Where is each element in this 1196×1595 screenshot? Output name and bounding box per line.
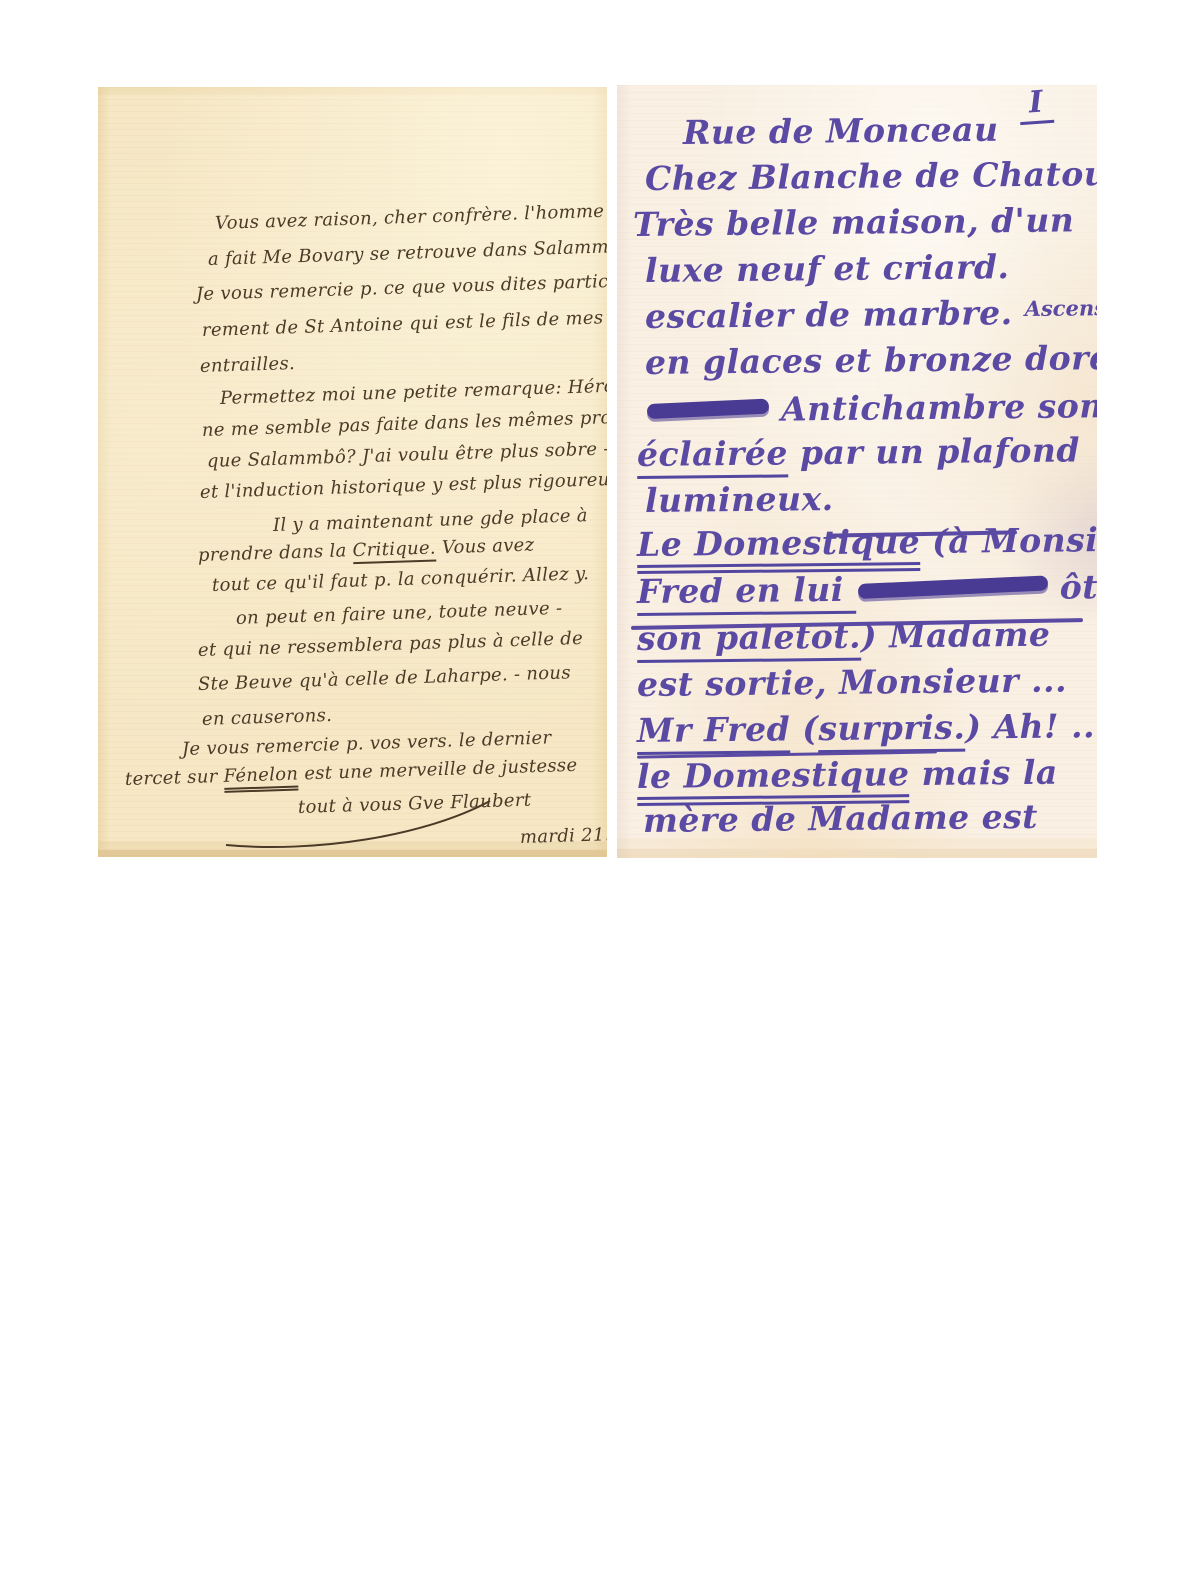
line-text: Vous avez raison, cher confrère. l'homme… (215, 200, 607, 234)
line-text: ) Madame (861, 615, 1051, 656)
date-text: mardi 21. (520, 824, 607, 848)
manuscript-line: et l'induction historique y est plus rig… (200, 468, 607, 503)
underlined-word: Critique. (352, 538, 436, 565)
line-text: mais la (909, 753, 1058, 794)
manuscript-line: ne me semble pas faite dans les mêmes pr… (202, 405, 607, 441)
manuscript-line: entrailles. (200, 353, 296, 377)
date-line: mardi 21. (520, 824, 607, 848)
line-text: prendre dans la (198, 540, 353, 566)
manuscript-line: le Domestique mais la (637, 753, 1058, 796)
line-text: Rue de Monceau (683, 110, 999, 152)
line-text: tout ce qu'il faut p. la conquérir. Alle… (212, 563, 590, 596)
manuscript-line: a fait Me Bovary se retrouve dans Salamm… (208, 236, 607, 270)
manuscript-line: luxe neuf et criard. (645, 247, 1010, 290)
manuscript-line: Ste Beuve qu'à celle de Laharpe. - nous (198, 662, 571, 695)
line-text: ôtant (1060, 567, 1097, 607)
manuscript-line: éclairée par un plafond (637, 430, 1080, 474)
manuscript-line: est sortie, Monsieur ... (637, 660, 1067, 704)
manuscript-line: rement de St Antoine qui est le fils de … (202, 307, 604, 341)
line-text: que Salammbô? J'ai voulu être plus sobre… (207, 438, 607, 472)
manuscript-line: tercet sur Fénelon est une merveille de … (125, 755, 578, 790)
line-text: ) Ah! ... (965, 706, 1097, 746)
line-text: ne me semble pas faite dans les mêmes pr… (202, 405, 607, 441)
crossed-out-word (858, 575, 1048, 599)
manuscript-line: Fred en lui ôtant (637, 567, 1097, 611)
line-text: mère de Madame est (643, 797, 1038, 840)
manuscript-line: escalier de marbre. Ascenseur (645, 292, 1097, 336)
manuscript-line: Vous avez raison, cher confrère. l'homme… (215, 200, 607, 234)
line-text: ( (790, 709, 819, 748)
line-text: et qui ne ressemblera pas plus à celle d… (198, 628, 584, 661)
underlined-word: surpris. (818, 708, 965, 754)
line-text: Il y a maintenant une gde place à (273, 505, 588, 536)
line-text: (à Monsieur (920, 520, 1097, 562)
line-text: Je vous remercie p. ce que vous dites pa… (196, 270, 607, 305)
manuscript-line: Chez Blanche de Chatou (645, 154, 1097, 198)
line-text: et l'induction historique y est plus rig… (200, 468, 607, 503)
manuscript-line: on peut en faire une, toute neuve - (236, 598, 563, 629)
manuscript-line: Très belle maison, d'un (633, 200, 1075, 244)
right-draft-page: I Rue de Monceau Chez Blanche de Chatou … (617, 85, 1097, 858)
manuscript-line: lumineux. (645, 479, 834, 520)
underlined-word: éclairée (637, 433, 788, 479)
manuscript-line: en causerons. (202, 705, 333, 730)
manuscript-line: que Salammbô? J'ai voulu être plus sobre… (207, 438, 607, 472)
left-letter-page: Vous avez raison, cher confrère. l'homme… (98, 87, 607, 857)
manuscript-scan: Vous avez raison, cher confrère. l'homme… (0, 0, 1196, 1595)
underlined-word: Fénelon (223, 764, 299, 793)
line-text: Je vous remercie p. vos vers. le dernier (182, 727, 552, 760)
manuscript-line: Rue de Monceau (683, 110, 999, 152)
character-name-underlined: Mr Fred (637, 709, 791, 755)
manuscript-line: Antichambre sombre (645, 385, 1097, 430)
line-text: a fait Me Bovary se retrouve dans Salamm… (208, 236, 607, 270)
manuscript-line: Mr Fred (surpris.) Ah! ... (637, 706, 1097, 750)
underlined-word: Fred en lui (637, 570, 856, 616)
manuscript-line: Il y a maintenant une gde place à (273, 505, 588, 536)
line-text: Chez Blanche de Chatou (645, 154, 1097, 198)
line-text: Permettez moi une petite remarque: Hérod… (220, 374, 607, 409)
manuscript-line: Je vous remercie p. ce que vous dites pa… (196, 270, 607, 305)
page-number: I (1018, 85, 1055, 125)
manuscript-line: son paletot.) Madame (637, 615, 1051, 658)
line-text: en causerons. (202, 705, 333, 730)
manuscript-line: Le Domestique (à Monsieur (637, 520, 1097, 564)
line-text: est une merveille de justesse (298, 755, 578, 785)
line-text: rement de St Antoine qui est le fils de … (202, 307, 604, 341)
line-text: escalier de marbre. (645, 293, 1025, 336)
line-text: lumineux. (645, 479, 834, 520)
line-text: Ste Beuve qu'à celle de Laharpe. - nous (198, 662, 571, 695)
line-text: Très belle maison, d'un (633, 200, 1075, 244)
line-text: tercet sur (125, 766, 224, 790)
line-text: luxe neuf et criard. (645, 247, 1010, 290)
character-name-underlined: Le Domestique (637, 522, 921, 574)
manuscript-line: Je vous remercie p. vos vers. le dernier (182, 727, 552, 760)
crossed-out-word (647, 398, 770, 419)
margin-squeezed-word: Ascenseur (1024, 295, 1097, 321)
line-text: entrailles. (200, 353, 296, 377)
signature-flourish (218, 793, 498, 849)
manuscript-line: tout ce qu'il faut p. la conquérir. Alle… (212, 563, 590, 596)
line-text: Antichambre sombre (781, 385, 1097, 428)
line-text: par un plafond (788, 430, 1080, 472)
manuscript-line: Permettez moi une petite remarque: Hérod… (220, 374, 607, 409)
line-text: est sortie, Monsieur ... (637, 660, 1067, 704)
underlined-word: son paletot. (637, 617, 861, 663)
line-text: on peut en faire une, toute neuve - (236, 598, 563, 629)
manuscript-line: prendre dans la Critique. Vous avez (198, 534, 535, 566)
manuscript-line: en glaces et bronze doré. (645, 338, 1097, 382)
manuscript-line: mère de Madame est (643, 797, 1038, 840)
line-text: en glaces et bronze doré. (645, 338, 1097, 382)
manuscript-line: et qui ne ressemblera pas plus à celle d… (198, 628, 584, 661)
line-text: Vous avez (436, 534, 535, 558)
